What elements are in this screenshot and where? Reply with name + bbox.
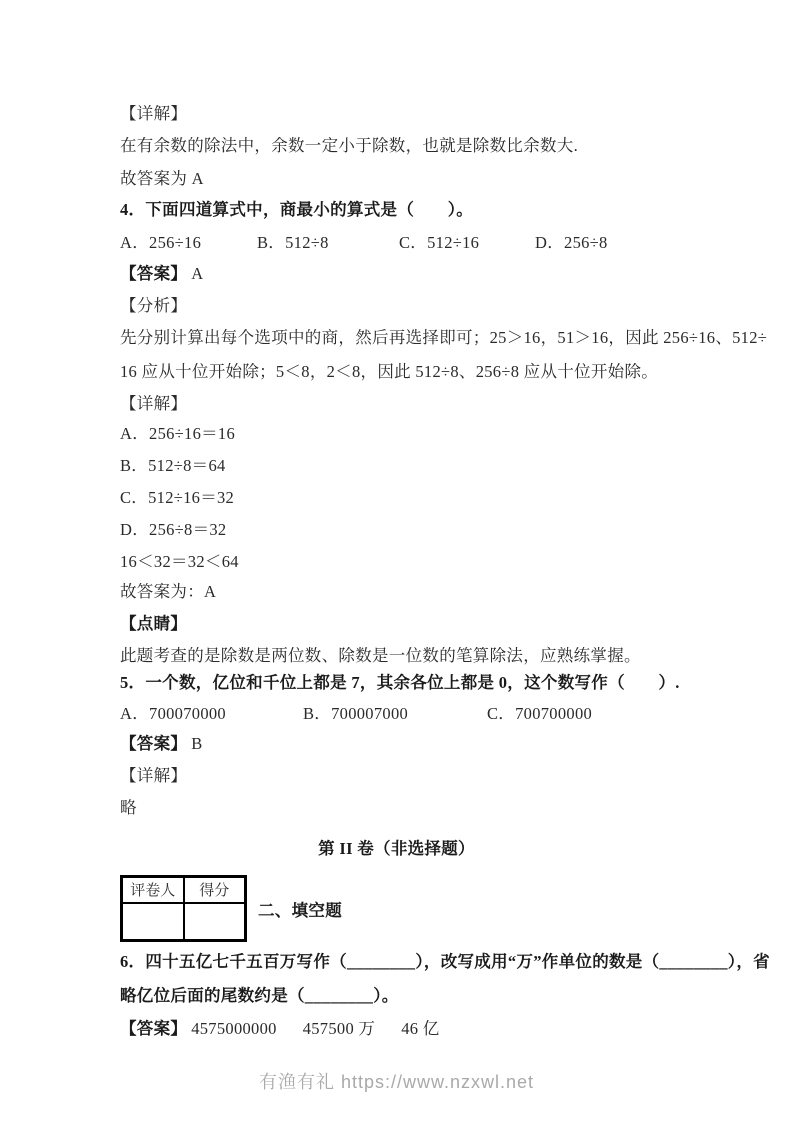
question4-answer-line: 【答案】A	[120, 263, 203, 284]
question4-analysis-label: 【分析】	[120, 295, 187, 316]
prev-conclusion: 故答案为 A	[120, 168, 204, 189]
question5-answer-line: 【答案】B	[120, 733, 203, 754]
question5-option-c: C．700700000	[487, 703, 592, 724]
question4-tip-label: 【点睛】	[120, 613, 187, 634]
question4-detail-line: C．512÷16＝32	[120, 487, 234, 508]
question4-option-c: C．512÷16	[399, 232, 479, 253]
watermark-footer: 有渔有礼 https://www.nzxwl.net	[0, 1068, 793, 1094]
grader-table-empty-row	[122, 903, 246, 941]
answer-label: 【答案】	[120, 734, 187, 753]
question4-tip-text: 此题考查的是除数是两位数、除数是一位数的笔算除法，应熟练掌握。	[120, 645, 641, 666]
score-header-cell: 得分	[184, 877, 246, 903]
question4-option-d: D．256÷8	[535, 232, 608, 253]
question5-stem: 5．一个数，亿位和千位上都是 7，其余各位上都是 0，这个数写作（ ）.	[120, 672, 680, 693]
question6-answer-3: 46 亿	[401, 1019, 439, 1038]
question4-analysis-line1: 先分别计算出每个选项中的商，然后再选择即可；25＞16，51＞16，因此 256…	[120, 327, 767, 348]
question5-answer: B	[191, 734, 202, 753]
question4-detail-line: B．512÷8＝64	[120, 455, 226, 476]
question4-detail-line: 故答案为：A	[120, 581, 216, 602]
question6-answer-line: 【答案】4575000000457500 万46 亿	[120, 1018, 440, 1039]
section2-title: 第 II 卷（非选择题）	[0, 838, 793, 859]
question4-detail-line: 16＜32＝32＜64	[120, 551, 239, 572]
question5-detail-text: 略	[120, 797, 137, 818]
question6-answer-2: 457500 万	[303, 1019, 376, 1038]
grader-score-table: 评卷人 得分	[120, 875, 247, 942]
question4-answer: A	[191, 264, 203, 283]
question4-option-b: B．512÷8	[257, 232, 329, 253]
question5-option-b: B．700007000	[303, 703, 408, 724]
answer-label: 【答案】	[120, 1019, 187, 1038]
section2-subtitle: 二、填空题	[258, 900, 342, 921]
question5-option-a: A．700070000	[120, 703, 226, 724]
exam-answer-page: 【详解】 在有余数的除法中，余数一定小于除数，也就是除数比余数大. 故答案为 A…	[0, 0, 793, 1122]
score-value-cell	[184, 903, 246, 941]
question4-detail-line: A．256÷16＝16	[120, 423, 235, 444]
question6-stem-line2: 略亿位后面的尾数约是（________）。	[120, 985, 399, 1006]
prev-detail-text: 在有余数的除法中，余数一定小于除数，也就是除数比余数大.	[120, 135, 578, 156]
question4-option-a: A．256÷16	[120, 232, 201, 253]
question6-stem-line1: 6．四十五亿七千五百万写作（________），改写成用“万”作单位的数是（__…	[120, 951, 770, 972]
question4-detail-line: D．256÷8＝32	[120, 519, 226, 540]
answer-label: 【答案】	[120, 264, 187, 283]
prev-detail-label: 【详解】	[120, 103, 187, 124]
question6-answer-1: 4575000000	[191, 1019, 277, 1038]
question4-detail-label: 【详解】	[120, 393, 187, 414]
question5-detail-label: 【详解】	[120, 765, 187, 786]
grader-value-cell	[122, 903, 184, 941]
question4-stem: 4．下面四道算式中，商最小的算式是（ ）。	[120, 199, 473, 220]
question4-analysis-line2: 16 应从十位开始除；5＜8，2＜8，因此 512÷8、256÷8 应从十位开始…	[120, 361, 658, 382]
grader-table-header-row: 评卷人 得分	[122, 877, 246, 903]
grader-header-cell: 评卷人	[122, 877, 184, 903]
